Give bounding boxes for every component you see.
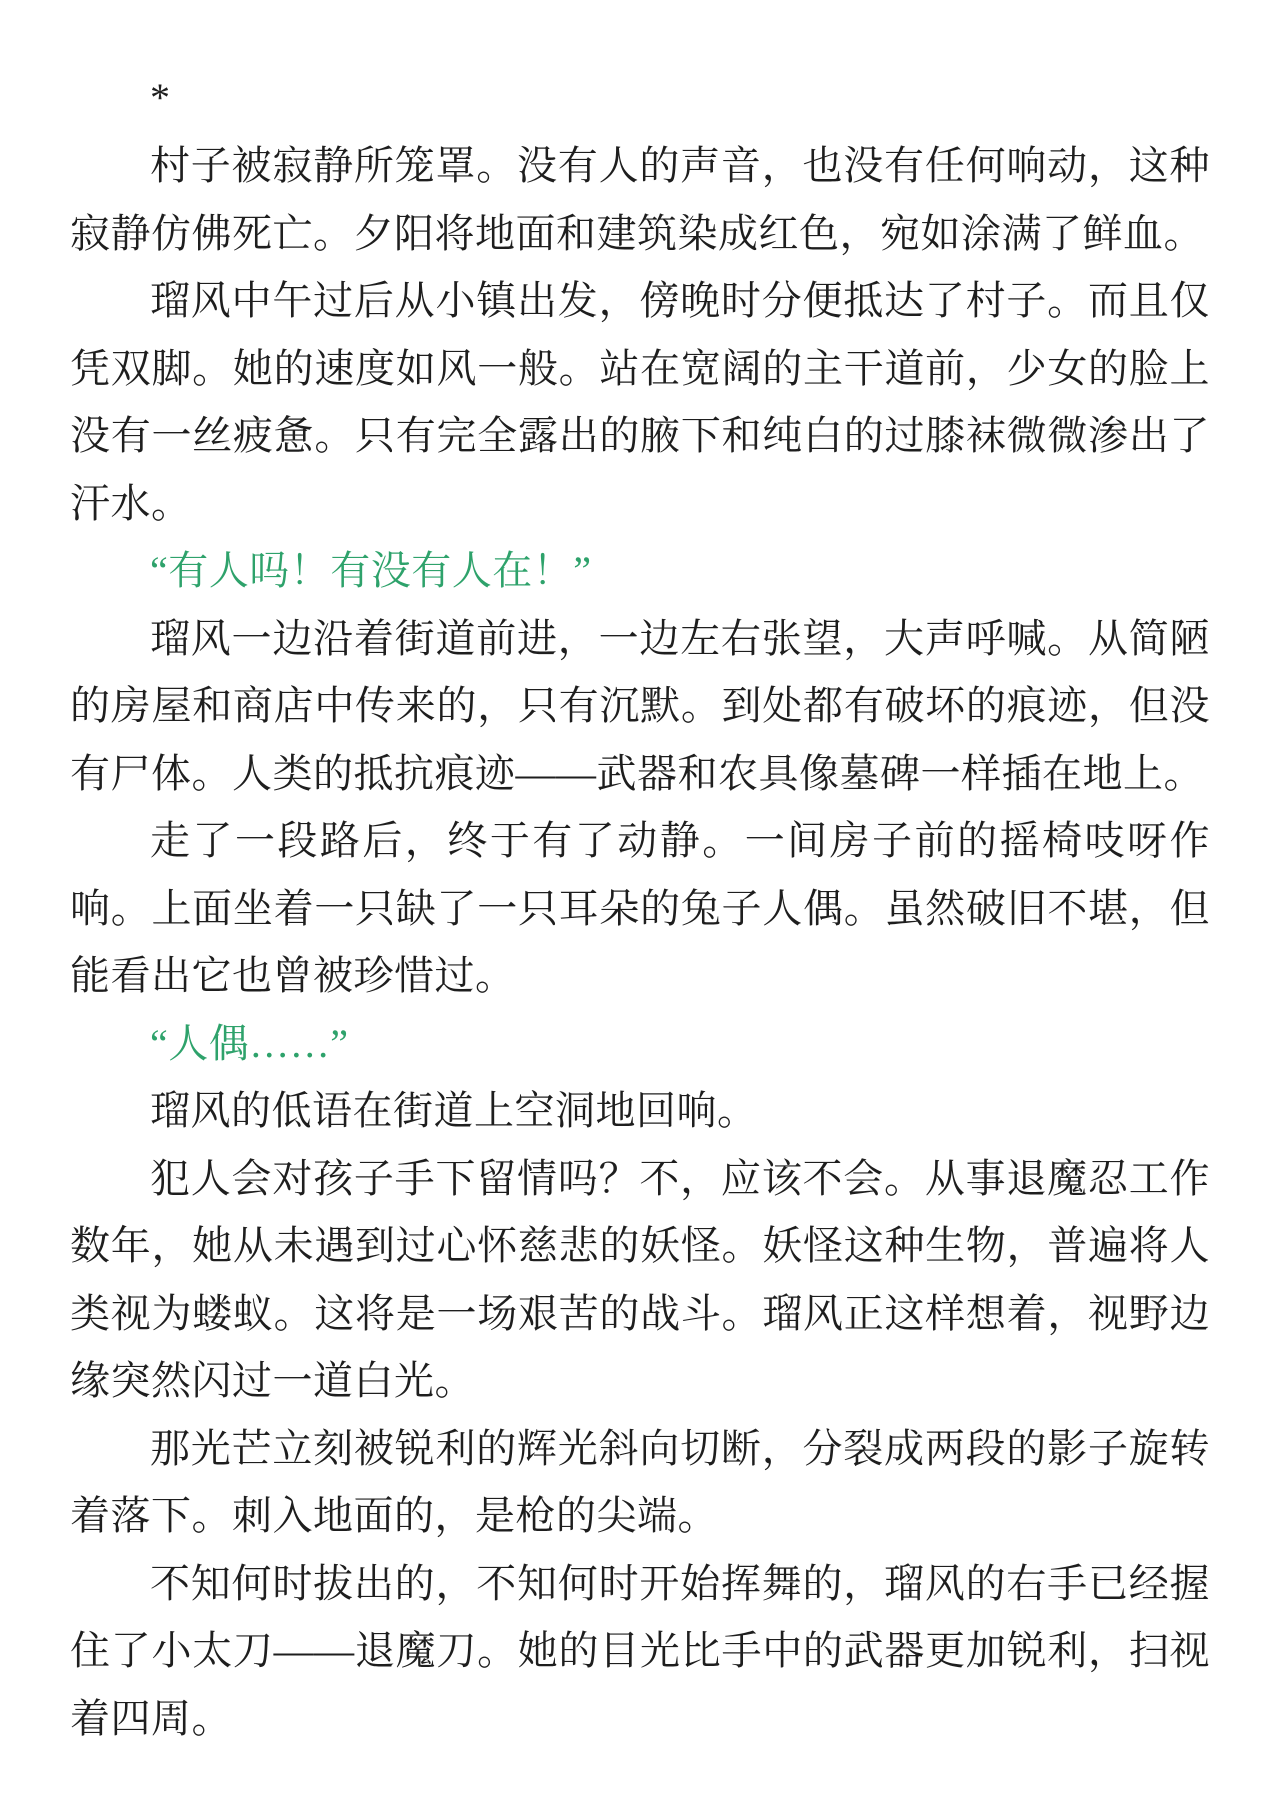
dialogue-line-1: “有人吗！有没有人在！”: [70, 537, 1210, 605]
paragraph-narration-6: 犯人会对孩子手下留情吗？不，应该不会。从事退魔忍工作数年，她从未遇到过心怀慈悲的…: [70, 1145, 1210, 1415]
paragraph-narration-5: 瑠风的低语在街道上空洞地回响。: [70, 1077, 1210, 1145]
section-divider-star: *: [70, 64, 1210, 132]
dialogue-line-2: “人偶……”: [70, 1010, 1210, 1078]
paragraph-narration-1: 村子被寂静所笼罩。没有人的声音，也没有任何响动，这种寂静仿佛死亡。夕阳将地面和建…: [70, 132, 1210, 267]
paragraph-narration-8: 不知何时拔出的，不知何时开始挥舞的，瑠风的右手已经握住了小太刀——退魔刀。她的目…: [70, 1550, 1210, 1753]
paragraph-narration-3: 瑠风一边沿着街道前进，一边左右张望，大声呼喊。从简陋的房屋和商店中传来的，只有沉…: [70, 605, 1210, 808]
paragraph-narration-2: 瑠风中午过后从小镇出发，傍晚时分便抵达了村子。而且仅凭双脚。她的速度如风一般。站…: [70, 267, 1210, 537]
novel-page: * 村子被寂静所笼罩。没有人的声音，也没有任何响动，这种寂静仿佛死亡。夕阳将地面…: [0, 0, 1280, 1810]
paragraph-narration-7: 那光芒立刻被锐利的辉光斜向切断，分裂成两段的影子旋转着落下。刺入地面的，是枪的尖…: [70, 1415, 1210, 1550]
paragraph-narration-4: 走了一段路后，终于有了动静。一间房子前的摇椅吱呀作响。上面坐着一只缺了一只耳朵的…: [70, 807, 1210, 1010]
